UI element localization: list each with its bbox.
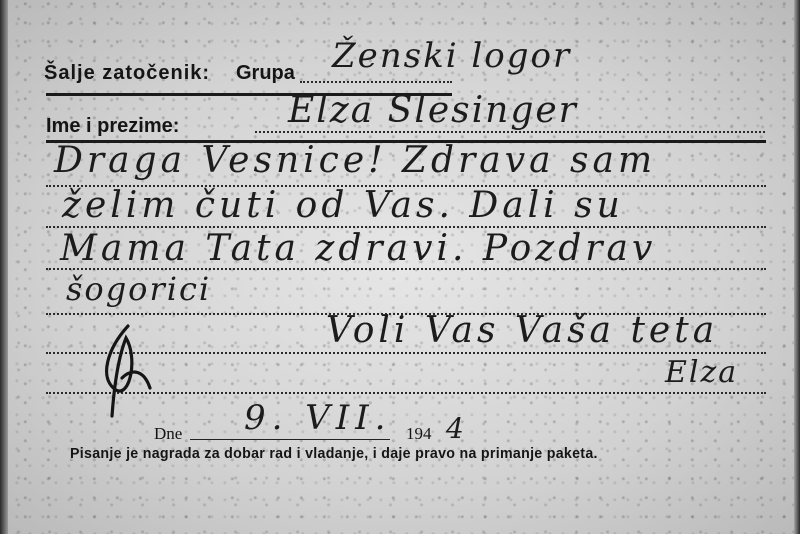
year-suffix: 4: [446, 412, 466, 445]
message-line-1: Draga Vesnice! Zdrava sam: [54, 140, 656, 181]
name-label: Ime i prezime:: [46, 115, 179, 138]
footer-note: Pisanje je nagrada za dobar rad i vladan…: [70, 446, 598, 462]
group-value: Ženski logor: [332, 36, 571, 76]
message-line-2: želim čuti od Vas. Dali su: [62, 185, 624, 226]
censor-mark-icon: [88, 318, 158, 418]
message-line-4: šogorici: [66, 270, 211, 308]
sender-label: Šalje zatočenik:: [44, 62, 210, 85]
postcard: Šalje zatočenik: Grupa Ženski logor Ime …: [0, 0, 800, 534]
group-label: Grupa: [236, 62, 295, 85]
group-dotted-line: [300, 81, 452, 83]
name-value: Elza Slesinger: [288, 90, 578, 131]
date-line: [190, 439, 390, 440]
date-value: 9. VII.: [244, 398, 391, 438]
message-line-3: Mama Tata zdravi. Pozdrav: [60, 228, 656, 269]
scan-edge-left: [0, 0, 8, 534]
message-line-5: Voli Vas Vaša teta: [326, 310, 718, 351]
signature: Elza: [665, 355, 738, 390]
date-label: Dne: [154, 424, 182, 444]
name-dotted-line: [255, 131, 765, 133]
year-prefix: 194: [406, 424, 432, 444]
scan-edge-right: [794, 0, 800, 534]
